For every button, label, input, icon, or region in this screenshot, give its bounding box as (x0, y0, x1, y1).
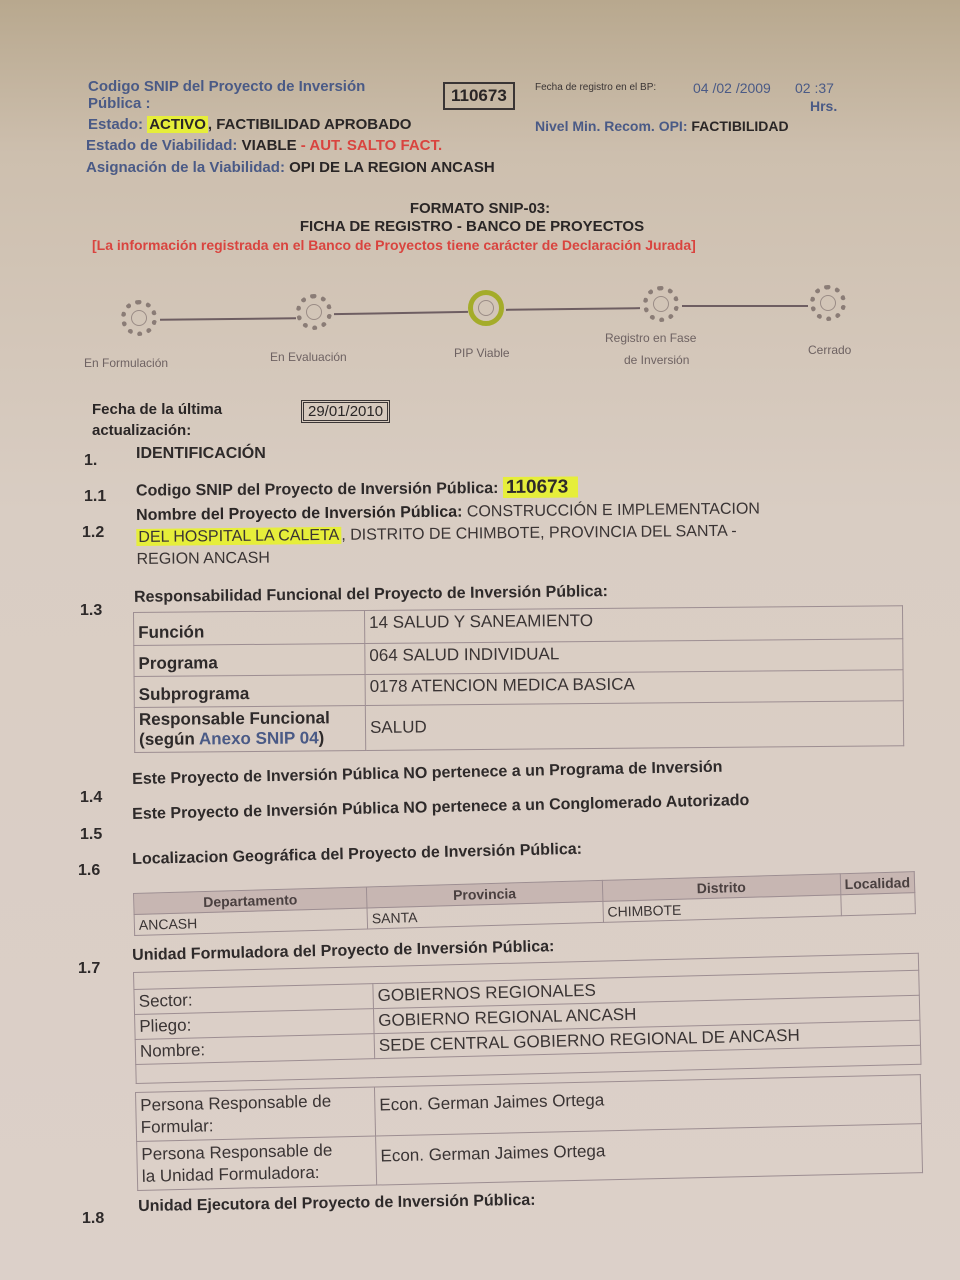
project-name-line1: CONSTRUCCIÓN E IMPLEMENTACION (467, 500, 760, 520)
resp-label-line1: Responsable Funcional (139, 708, 361, 730)
section-1-8-num: 1.8 (82, 1210, 104, 1228)
section-1-num: 1. (84, 452, 97, 470)
section-1-6-title: Localizacion Geográfica del Proyecto de … (132, 841, 582, 869)
workflow-node-en-evaluacion (296, 294, 332, 330)
workflow-label: En Formulación (84, 356, 168, 370)
section-1-8-title: Unidad Ejecutora del Proyecto de Inversi… (138, 1192, 536, 1216)
section-1-7-title: Unidad Formuladora del Proyecto de Inver… (132, 938, 555, 965)
viabilidad-label: Estado de Viabilidad: (86, 137, 237, 154)
row-label: Persona Responsable de la Unidad Formula… (137, 1136, 377, 1190)
ultima-actualizacion-value: 29/01/2010 (301, 400, 390, 423)
workflow-connector (334, 311, 468, 315)
estado-line: Estado: ACTIVO, FACTIBILIDAD APROBADO (88, 116, 411, 133)
viabilidad-note: - AUT. SALTO FACT. (297, 137, 443, 154)
snip-code-value: 110673 (503, 476, 579, 498)
label-line2: Formular: (141, 1112, 371, 1139)
asignacion-line: Asignación de la Viabilidad: OPI DE LA R… (86, 159, 495, 176)
workflow-node-en-formulacion (121, 300, 157, 336)
workflow-label: PIP Viable (454, 346, 510, 360)
hora-suffix: Hrs. (810, 98, 837, 114)
section-1-title: IDENTIFICACIÓN (136, 445, 266, 463)
workflow-label: Cerrado (808, 343, 851, 357)
resp-label-post: ) (319, 728, 325, 747)
format-title: FORMATO SNIP-03: (0, 200, 960, 217)
section-1-1: Codigo SNIP del Proyecto de Inversión Pú… (136, 476, 578, 501)
responsable-funcional-label: Responsable Funcional (según Anexo SNIP … (134, 705, 365, 752)
responsabilidad-funcional-table: Función 14 SALUD Y SANEAMIENTO Programa … (133, 605, 904, 753)
section-1-2-num: 1.2 (82, 524, 104, 542)
section-1-7-num: 1.7 (78, 960, 100, 978)
estado-label: Estado: (88, 116, 143, 133)
nivel-label: Nivel Min. Recom. OPI: (535, 118, 687, 134)
nivel-line: Nivel Min. Recom. OPI: FACTIBILIDAD (535, 118, 789, 134)
unidad-formuladora-table: Sector: GOBIERNOS REGIONALES Pliego: GOB… (133, 953, 922, 1084)
row-label: Persona Responsable de Formular: (136, 1087, 376, 1141)
row-label: Subprograma (134, 674, 365, 707)
viabilidad-value: VIABLE (242, 137, 297, 154)
asignacion-label: Asignación de la Viabilidad: (86, 159, 285, 176)
snip-label: Codigo SNIP del Proyecto de Inversión Pú… (88, 78, 365, 112)
format-subtitle: FICHA DE REGISTRO - BANCO DE PROYECTOS (0, 218, 944, 235)
section-1-3-num: 1.3 (80, 602, 102, 620)
workflow-connector (682, 305, 808, 307)
project-name-highlight: DEL HOSPITAL LA CALETA (136, 527, 341, 546)
hora-value: 02 :37 (795, 80, 834, 96)
project-name-label: Nombre del Proyecto de Inversión Pública… (136, 504, 462, 524)
project-name: Nombre del Proyecto de Inversión Pública… (136, 498, 760, 571)
asignacion-value: OPI DE LA REGION ANCASH (289, 159, 495, 176)
snip-code-label: Codigo SNIP del Proyecto de Inversión Pú… (136, 480, 499, 500)
row-label: Programa (134, 643, 365, 676)
workflow-connector (506, 307, 640, 311)
fecha-registro-label: Fecha de registro en el BP: (535, 82, 656, 93)
resp-label-pre: (según (139, 729, 199, 749)
workflow-connector (160, 317, 296, 320)
ultima-actualizacion-label-line1: Fecha de la última (92, 399, 222, 420)
persona-responsable-table: Persona Responsable de Formular: Econ. G… (135, 1074, 923, 1191)
snip-label-line1: Codigo SNIP del Proyecto de Inversión (88, 78, 365, 95)
workflow-node-registro-fase-inversion (643, 286, 679, 322)
fecha-registro-value: 04 /02 /2009 (693, 80, 771, 96)
section-1-4-num: 1.4 (80, 789, 102, 807)
row-value: 0178 ATENCION MEDICA BASICA (365, 670, 903, 706)
disclaimer: [La información registrada en el Banco d… (92, 237, 696, 253)
section-1-5-text: Este Proyecto de Inversión Pública NO pe… (132, 792, 750, 824)
workflow-label: Registro en Fase (605, 331, 696, 345)
snip-label-line2: Pública : (88, 95, 365, 112)
row-value: 064 SALUD INDIVIDUAL (365, 639, 903, 675)
workflow-label: de Inversión (624, 353, 689, 367)
viabilidad-line: Estado de Viabilidad: VIABLE - AUT. SALT… (86, 137, 442, 154)
section-1-5-num: 1.5 (80, 826, 102, 844)
anexo-snip-04-link[interactable]: Anexo SNIP 04 (199, 728, 319, 748)
snip-code-box: 110673 (443, 82, 515, 110)
project-name-line2: , DISTRITO DE CHIMBOTE, PROVINCIA DEL SA… (341, 523, 736, 544)
estado-rest: , FACTIBILIDAD APROBADO (208, 116, 412, 133)
section-1-1-num: 1.1 (84, 488, 106, 506)
localizacion-table: Departamento Provincia Distrito Localida… (133, 871, 916, 936)
nivel-value: FACTIBILIDAD (691, 118, 788, 134)
document-page: Codigo SNIP del Proyecto de Inversión Pú… (0, 0, 960, 1280)
ultima-actualizacion-label: Fecha de la última actualización: (92, 399, 222, 441)
row-label: Función (134, 610, 365, 645)
estado-activo: ACTIVO (147, 116, 208, 133)
column-header: Localidad (840, 872, 915, 895)
table-row: Responsable Funcional (según Anexo SNIP … (134, 701, 903, 753)
workflow-node-pip-viable (468, 290, 504, 326)
label-line2: la Unidad Formuladora: (142, 1161, 372, 1188)
workflow-label: En Evaluación (270, 350, 347, 364)
section-1-3-title: Responsabilidad Funcional del Proyecto d… (134, 583, 608, 607)
workflow-node-cerrado (810, 285, 846, 321)
section-1-4-text: Este Proyecto de Inversión Pública NO pe… (132, 759, 723, 789)
section-1-6-num: 1.6 (78, 862, 100, 880)
cell-localidad (840, 893, 915, 916)
row-value: 14 SALUD Y SANEAMIENTO (364, 606, 902, 644)
row-value: SALUD (365, 701, 903, 751)
ultima-actualizacion-label-line2: actualización: (92, 420, 222, 441)
